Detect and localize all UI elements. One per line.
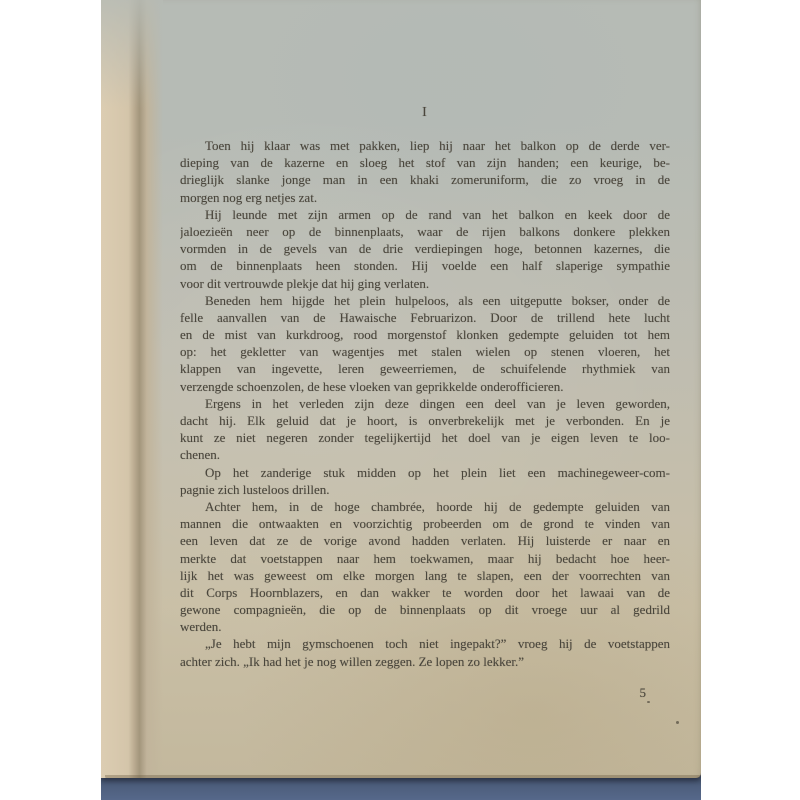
- text-line: voor dit vertrouwde plekje dat hij ging …: [180, 275, 670, 292]
- paragraph: Toen hij klaar was met pakken, liep hij …: [180, 137, 670, 206]
- text-line: Toen hij klaar was met pakken, liep hij …: [180, 137, 670, 154]
- page-number: 5: [180, 685, 670, 701]
- ink-speck: [676, 721, 679, 724]
- text-line: mannen die ontwaakten en voorzichtig pro…: [180, 515, 670, 532]
- book-page: I Toen hij klaar was met pakken, liep hi…: [101, 0, 701, 778]
- text-line: „Je hebt mijn gymschoenen toch niet inge…: [180, 635, 670, 652]
- page-text-block: I Toen hij klaar was met pakken, liep hi…: [180, 104, 670, 701]
- text-line: dacht hij. Elk geluid dat je hoort, is o…: [180, 412, 670, 429]
- ink-speck: [647, 701, 650, 703]
- text-line: klappen van ingevette, leren geweerrieme…: [180, 360, 670, 377]
- text-line: verzengde schoenzolen, de hese vloeken v…: [180, 378, 670, 395]
- text-line: Achter hem, in de hoge chambrée, hoorde …: [180, 498, 670, 515]
- text-line: werden.: [180, 618, 670, 635]
- paragraph: Ergens in het verleden zijn deze dingen …: [180, 395, 670, 464]
- text-line: om de binnenplaats heen stonden. Hij voe…: [180, 257, 670, 274]
- text-line: merkte dat voetstappen naar hem toekwame…: [180, 550, 670, 567]
- text-line: jaloezieën neer op de binnenplaats, waar…: [180, 223, 670, 240]
- text-line: kunt ze niet negeren zonder tegelijkerti…: [180, 429, 670, 446]
- text-line: dieping van de kazerne en sloeg het stof…: [180, 154, 670, 171]
- text-line: pagnie zich lusteloos drillen.: [180, 481, 670, 498]
- text-line: gewone compagnieën, die op de binnenplaa…: [180, 601, 670, 618]
- text-line: Op het zanderige stuk midden op het plei…: [180, 464, 670, 481]
- paragraph: Achter hem, in de hoge chambrée, hoorde …: [180, 498, 670, 636]
- text-line: drieglijk slanke jonge man in een khaki …: [180, 171, 670, 188]
- paragraph: Op het zanderige stuk midden op het plei…: [180, 464, 670, 498]
- text-line: dit Corps Hoornblazers, en dan wakker te…: [180, 584, 670, 601]
- text-line: Ergens in het verleden zijn deze dingen …: [180, 395, 670, 412]
- paragraph: „Je hebt mijn gymschoenen toch niet inge…: [180, 635, 670, 669]
- spine-fold: [101, 0, 163, 778]
- text-line: Hij leunde met zijn armen op de rand van…: [180, 206, 670, 223]
- chapter-numeral: I: [180, 104, 670, 121]
- text-line: op: het gekletter van wagentjes met stal…: [180, 343, 670, 360]
- book-page-photo: I Toen hij klaar was met pakken, liep hi…: [0, 0, 800, 800]
- text-line: lijk het was geweest om elke morgen lang…: [180, 567, 670, 584]
- text-line: vormden in de gevels van de drie verdiep…: [180, 240, 670, 257]
- text-line: morgen nog erg netjes zat.: [180, 189, 670, 206]
- text-line: achter zich. „Ik had het je nog willen z…: [180, 653, 670, 670]
- text-line: en de mist van kurkdroog, rood morgensto…: [180, 326, 670, 343]
- text-line: chenen.: [180, 446, 670, 463]
- text-line: Beneden hem hijgde het plein hulpeloos, …: [180, 292, 670, 309]
- text-line: felle aanvallen van de Hawaische Februar…: [180, 309, 670, 326]
- text-line: een leven dat ze de vorige avond hadden …: [180, 532, 670, 549]
- paragraph: Hij leunde met zijn armen op de rand van…: [180, 206, 670, 292]
- photo-area: I Toen hij klaar was met pakken, liep hi…: [101, 0, 701, 800]
- paragraphs: Toen hij klaar was met pakken, liep hij …: [180, 137, 670, 670]
- paragraph: Beneden hem hijgde het plein hulpeloos, …: [180, 292, 670, 395]
